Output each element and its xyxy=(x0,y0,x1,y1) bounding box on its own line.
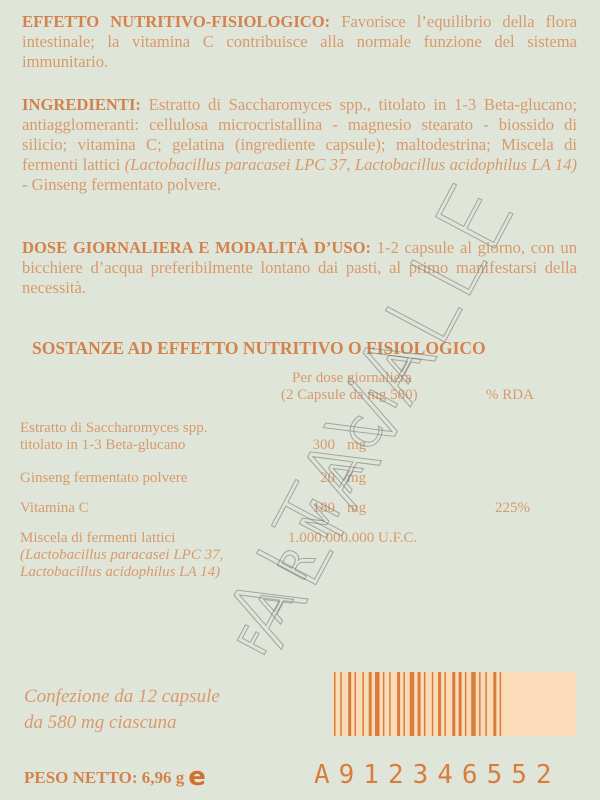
net-weight: PESO NETTO: 6,96 ge xyxy=(24,762,206,792)
net-weight-text: PESO NETTO: 6,96 g xyxy=(24,768,184,787)
row-name: Miscela di fermenti lattici(Lactobacillu… xyxy=(20,530,223,581)
row-name-line3: Lactobacillus acidophilus LA 14) xyxy=(20,564,220,580)
header-dose-line1: Per dose giornaliera xyxy=(292,370,412,387)
row-amount: 300 xyxy=(275,437,335,454)
package-line2: da 580 mg ciascuna xyxy=(24,712,177,733)
row-name-line2: titolato in 1-3 Beta-glucano xyxy=(20,437,185,453)
effetto-heading: EFFETTO NUTRITIVO-FISIOLOGICO: xyxy=(22,12,330,31)
effetto-paragraph: EFFETTO NUTRITIVO-FISIOLOGICO: Favorisce… xyxy=(22,12,577,72)
row-amount: 180 xyxy=(275,500,335,517)
ingredienti-tail: - Ginseng fermentato polvere. xyxy=(22,175,221,194)
row-unit: mg xyxy=(347,500,366,517)
row-name-line1: Miscela di fermenti lattici xyxy=(20,530,175,546)
barcode-icon xyxy=(332,672,576,736)
header-rda: % RDA xyxy=(486,387,534,404)
row-name-line2: (Lactobacillus paracasei LPC 37, xyxy=(20,547,223,563)
row-unit: mg xyxy=(347,470,366,487)
row-rda: 225% xyxy=(495,500,530,517)
row-name: Vitamina C xyxy=(20,500,89,517)
row-name: Ginseng fermentato polvere xyxy=(20,470,187,487)
row-unit: mg xyxy=(347,437,366,454)
ingredienti-paragraph: INGREDIENTI: Estratto di Saccharomyces s… xyxy=(22,95,577,195)
row-name-line1: Estratto di Saccharomyces spp. xyxy=(20,420,207,436)
ingredienti-italic: (Lactobacillus paracasei LPC 37, Lactoba… xyxy=(125,155,577,174)
barcode-number: A912346552 xyxy=(314,760,561,790)
table-title: SOSTANZE AD EFFETTO NUTRITIVO O FISIOLOG… xyxy=(32,338,486,359)
row-amount: 1.000.000.000 U.F.C. xyxy=(288,530,417,547)
package-line1: Confezione da 12 capsule xyxy=(24,686,220,707)
row-name: Estratto di Saccharomyces spp.titolato i… xyxy=(20,420,207,454)
header-dose-line2: (2 Capsule da mg 580) xyxy=(281,387,418,404)
dose-heading: DOSE GIORNALIERA E MODALITÀ D’USO: xyxy=(22,238,371,257)
ingredienti-heading: INGREDIENTI: xyxy=(22,95,141,114)
estimated-sign-icon: e xyxy=(188,762,206,792)
package-info: Confezione da 12 capsuleda 580 mg ciascu… xyxy=(24,684,220,736)
dose-paragraph: DOSE GIORNALIERA E MODALITÀ D’USO: 1-2 c… xyxy=(22,238,577,298)
row-amount: 20 xyxy=(275,470,335,487)
